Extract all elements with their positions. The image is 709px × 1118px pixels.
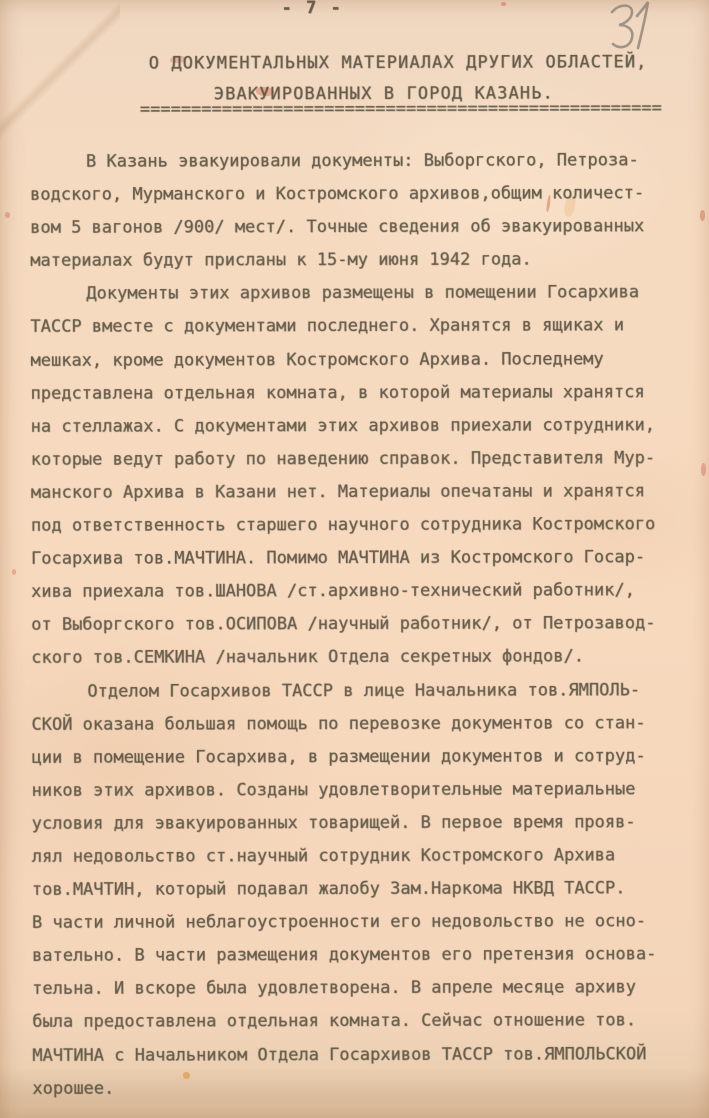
text-line: В части личной неблагоустроенности его н… — [32, 905, 692, 940]
text-line: МАЧТИНА с Начальником Отдела Госархивов … — [32, 1038, 692, 1073]
text-line: на стеллажах. С документами этих архивов… — [31, 409, 691, 444]
text-line: тов.МАЧТИН, который подавал жалобу Зам.Н… — [32, 872, 692, 907]
typewritten-content: - 7 - О ДОКУМЕНТАЛЬНЫХ МАТЕРИАЛАХ ДРУГИХ… — [0, 0, 709, 1118]
text-line: мешках, кроме документов Костромского Ар… — [30, 343, 690, 378]
page-number: - 7 - — [282, 0, 343, 18]
text-line: Отделом Госархивов ТАССР в лице Начальни… — [31, 674, 691, 709]
paragraph-3: Отделом Госархивов ТАССР в лице Начальни… — [31, 674, 692, 1106]
text-line: ции в помещение Госархива, в размещении … — [31, 740, 691, 775]
text-line: условия для эвакуированных товарищей. В … — [32, 806, 692, 841]
text-line: материалах будут присланы к 15-му июня 1… — [30, 243, 690, 278]
text-line: лял недовольство ст.научный сотрудник Ко… — [32, 839, 692, 874]
text-line: от Выборгского тов.ОСИПОВА /научный рабо… — [31, 607, 691, 642]
text-line: Госархива тов.МАЧТИНА. Помимо МАЧТИНА из… — [31, 541, 691, 576]
text-line: Документы этих архивов размещены в помещ… — [30, 276, 690, 311]
document-title-line-1: О ДОКУМЕНТАЛЬНЫХ МАТЕРИАЛАХ ДРУГИХ ОБЛАС… — [149, 52, 648, 73]
text-line: хорошее. — [32, 1071, 692, 1106]
text-line: вательно. В части размещения документов … — [32, 938, 692, 973]
text-line: манского Архива в Казани нет. Материалы … — [31, 475, 691, 510]
text-line: ского тов.СЕМКИНА /начальник Отдела секр… — [31, 641, 691, 676]
document-body: В Казань эвакуировали документы: Выборгс… — [30, 144, 693, 1105]
scanned-document-page: - 7 - О ДОКУМЕНТАЛЬНЫХ МАТЕРИАЛАХ ДРУГИХ… — [0, 0, 709, 1118]
text-line: В Казань эвакуировали документы: Выборгс… — [30, 144, 690, 179]
text-line: СКОЙ оказана большая помощь по перевозке… — [31, 707, 691, 742]
text-line: ТАССР вместе с документами последнего. Х… — [30, 310, 690, 345]
text-line: была предоставлена отдельная комната. Се… — [32, 1005, 692, 1040]
text-line: водского, Мурманского и Костромского арх… — [30, 177, 690, 212]
title-underline: ========================================… — [140, 98, 662, 119]
text-line: которые ведут работу по наведению справо… — [31, 442, 691, 477]
paragraph-1: В Казань эвакуировали документы: Выборгс… — [30, 144, 690, 278]
text-line: тельна. И вскоре была удовлетворена. В а… — [32, 971, 692, 1006]
text-line: хива приехала тов.ШАНОВА /ст.архивно-тех… — [31, 574, 691, 609]
text-line: ников этих архивов. Созданы удовлетворит… — [32, 773, 692, 808]
text-line: представлена отдельная комната, в которо… — [31, 376, 691, 411]
text-line: вом 5 вагонов /900/ мест/. Точные сведен… — [30, 210, 690, 245]
text-line: под ответственность старшего научного со… — [31, 508, 691, 543]
paragraph-2: Документы этих архивов размещены в помещ… — [30, 276, 691, 675]
